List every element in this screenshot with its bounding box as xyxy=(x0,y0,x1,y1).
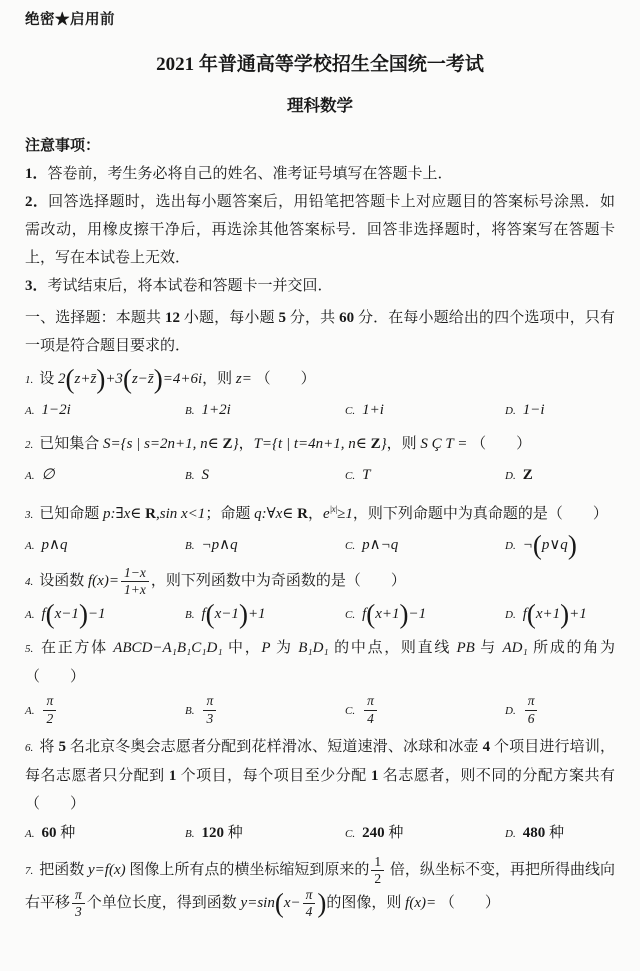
option-text: ¬(p∨q) xyxy=(523,537,577,553)
option-text: ¬p∧q xyxy=(201,537,237,553)
question-number: 1. xyxy=(25,374,33,386)
option: C.1+i xyxy=(345,397,505,424)
question-3: 3.已知命题 p:∃x∈ R,sin x<1；命题 q:∀x∈ R，e|x|≥1… xyxy=(25,495,615,559)
text-run: （ ） xyxy=(436,895,500,911)
fraction: π6 xyxy=(525,693,538,726)
text-run: 分，共 xyxy=(286,310,339,326)
text-run: 图像上所有点的横坐标缩短到原来的 xyxy=(126,862,370,878)
text-run: P xyxy=(261,640,270,656)
question-text: 将 5 名北京冬奥会志愿者分配到花样滑冰、短道速滑、冰球和冰壶 4 个项目进行培… xyxy=(25,739,615,812)
question-text: 已知集合 S={s | s=2n+1, n∈ Z}，T={t | t=4n+1,… xyxy=(39,436,531,452)
text-run: S Ç T = xyxy=(420,436,471,452)
text-run: 答卷前，考生务必将自己的姓名、准考证号填写在答题卡上． xyxy=(48,166,453,182)
option-text: 60 种 xyxy=(41,825,75,841)
question-6: 6.将 5 名北京冬奥会志愿者分配到花样滑冰、短道速滑、冰球和冰壶 4 个项目进… xyxy=(25,733,615,848)
text-run: 1−2i xyxy=(41,402,70,418)
option: D.f(x+1)+1 xyxy=(505,601,615,628)
text-run: z+z̄ xyxy=(75,371,97,387)
text-run: 名北京冬奥会志愿者分配到花样滑冰、短道速滑、冰球和冰壶 xyxy=(66,739,483,755)
text-run: 一、选择题：本题共 xyxy=(25,310,165,326)
question-1-stem: 1.设 2(z+z̄)+3(z−z̄)=4+6i，则 z= （ ） xyxy=(25,365,615,394)
text-run: ( xyxy=(123,364,132,394)
text-run: +3 xyxy=(105,371,123,387)
options-row: A.p∧qB.¬p∧qC.p∧¬qD.¬(p∨q) xyxy=(25,531,615,559)
option-text: 1+2i xyxy=(201,402,230,418)
option: D.¬(p∨q) xyxy=(505,531,615,558)
notice-item-1: 1．答卷前，考生务必将自己的姓名、准考证号填写在答题卡上． xyxy=(25,160,615,188)
option-label: D. xyxy=(505,609,516,621)
option-label: D. xyxy=(505,540,516,552)
text-run: ∅ xyxy=(41,467,54,483)
option: B.S xyxy=(185,462,345,489)
text-run: 小题，每小题 xyxy=(180,310,279,326)
question-5-stem: 5.在正方体 ABCD−A₁B₁C₁D₁ 中，P 为 B₁D₁ 的中点，则直线 … xyxy=(25,634,615,691)
option: C.p∧¬q xyxy=(345,532,505,559)
text-run: 考试结束后，将本试卷和答题卡一并交回． xyxy=(48,278,333,294)
text-run: 1 xyxy=(371,768,379,784)
text-run: Z xyxy=(223,436,233,452)
text-run: R xyxy=(297,506,308,522)
text-run: ) xyxy=(154,364,163,394)
option: D.480 种 xyxy=(505,820,615,847)
text-run: 将 xyxy=(39,739,58,755)
option-label: B. xyxy=(185,405,194,417)
text-run: R xyxy=(145,506,156,522)
text-run: y=f(x) xyxy=(88,862,126,878)
text-run: ，则下列命题中为真命题的是（ ） xyxy=(353,506,608,522)
text-run: ABCD−A₁B₁C₁D₁ xyxy=(113,640,222,656)
question-number: 6. xyxy=(25,742,33,754)
text-run: =4+6i xyxy=(163,371,202,387)
option-label: D. xyxy=(505,705,516,717)
option-text: π4 xyxy=(362,702,379,718)
option-text: p∧¬q xyxy=(362,537,398,553)
text-run: e xyxy=(323,506,330,522)
option-label: A. xyxy=(25,705,34,717)
option-text: 240 种 xyxy=(362,825,403,841)
text-run: T={t | t=4n+1, n∈ xyxy=(254,436,371,452)
text-run: ( xyxy=(275,888,284,918)
text-run: z= xyxy=(236,371,252,387)
text-run: 12 xyxy=(165,310,180,326)
section-heading: 一、选择题：本题共 12 小题，每小题 5 分，共 60 分．在每小题给出的四个… xyxy=(25,304,615,360)
option: D.1−i xyxy=(505,397,615,424)
fraction: π4 xyxy=(303,887,316,920)
text-run: ( xyxy=(366,599,375,629)
text-run: （ ） xyxy=(471,436,531,452)
text-run: ，则 xyxy=(202,371,236,387)
option-text: Z xyxy=(523,467,533,483)
text-run: ) xyxy=(96,364,105,394)
option: B.120 种 xyxy=(185,820,345,847)
text-run: ) xyxy=(79,599,88,629)
option: B.¬p∧q xyxy=(185,532,345,559)
text-run: 的图像，则 xyxy=(326,895,405,911)
text-run: 120 xyxy=(201,825,227,841)
options-row: A.∅B.SC.TD.Z xyxy=(25,461,615,489)
fraction: 1−x1+x xyxy=(121,565,149,598)
text-run: f(x)= xyxy=(405,895,436,911)
text-run: 60 xyxy=(41,825,60,841)
text-run: −1 xyxy=(409,606,427,622)
text-run: 与 xyxy=(475,640,503,656)
text-run: +1 xyxy=(248,606,266,622)
options-row: A.60 种B.120 种C.240 种D.480 种 xyxy=(25,820,615,848)
text-run: ( xyxy=(66,364,75,394)
option-label: D. xyxy=(505,470,516,482)
text-run: 回答选择题时，选出每小题答案后，用铅笔把答题卡上对应题目的答案标号涂黑．如需改动… xyxy=(25,194,615,266)
text-run: 2 xyxy=(58,371,66,387)
text-run: q:∀x∈ xyxy=(254,506,297,522)
notice-heading: 注意事项： xyxy=(25,133,615,160)
question-1: 1.设 2(z+z̄)+3(z−z̄)=4+6i，则 z= （ ） A.1−2i… xyxy=(25,365,615,424)
text-run: ( xyxy=(206,599,215,629)
option: A.60 种 xyxy=(25,820,185,847)
text-run: p∨q xyxy=(542,537,568,553)
text-run: ，则 xyxy=(387,436,421,452)
text-run: 个单位长度，得到函数 xyxy=(87,895,241,911)
option-label: A. xyxy=(25,540,34,552)
options-row: A.π2B.π3C.π4D.π6 xyxy=(25,693,615,726)
option-label: B. xyxy=(185,470,194,482)
text-run: ≥1 xyxy=(337,506,353,522)
option-label: C. xyxy=(345,540,355,552)
option-label: C. xyxy=(345,705,355,717)
text-run: ( xyxy=(527,599,536,629)
question-text: 把函数 y=f(x) 图像上所有点的横坐标缩短到原来的12 倍，纵坐标不变，再把… xyxy=(25,862,615,911)
question-text: 设 2(z+z̄)+3(z−z̄)=4+6i，则 z= （ ） xyxy=(39,371,315,387)
option-label: C. xyxy=(345,405,355,417)
text-run: ( xyxy=(46,599,55,629)
question-2: 2.已知集合 S={s | s=2n+1, n∈ Z}，T={t | t=4n+… xyxy=(25,430,615,489)
option-label: B. xyxy=(185,828,194,840)
text-run: S xyxy=(201,467,209,483)
text-run: 1+2i xyxy=(201,402,230,418)
question-number: 2. xyxy=(25,439,33,451)
notice-item-2: 2．回答选择题时，选出每小题答案后，用铅笔把答题卡上对应题目的答案标号涂黑．如需… xyxy=(25,188,615,272)
option-label: A. xyxy=(25,470,34,482)
option: C.T xyxy=(345,462,505,489)
text-run: p∧¬q xyxy=(362,537,398,553)
option: C.240 种 xyxy=(345,820,505,847)
text-run: 2． xyxy=(25,194,48,210)
option-text: f(x+1)−1 xyxy=(362,606,426,622)
option-text: T xyxy=(362,467,370,483)
fraction: π4 xyxy=(364,693,377,726)
exam-title: 2021 年普通高等学校招生全国统一考试 xyxy=(25,49,615,76)
option-label: C. xyxy=(345,828,355,840)
text-run: z−z̄ xyxy=(132,371,154,387)
option-label: C. xyxy=(345,609,355,621)
text-run: x−1 xyxy=(215,606,239,622)
text-run: ) xyxy=(568,529,577,559)
text-run: 4 xyxy=(483,739,491,755)
option-label: D. xyxy=(505,405,516,417)
text-run: 已知命题 xyxy=(39,506,103,522)
text-run: ( xyxy=(533,529,542,559)
question-2-stem: 2.已知集合 S={s | s=2n+1, n∈ Z}，T={t | t=4n+… xyxy=(25,430,615,459)
fraction: π2 xyxy=(43,693,56,726)
text-run: ；命题 xyxy=(205,506,254,522)
question-text: 已知命题 p:∃x∈ R,sin x<1；命题 q:∀x∈ R，e|x|≥1，则… xyxy=(39,506,608,522)
text-run: |x| xyxy=(330,504,337,514)
option: B.f(x−1)+1 xyxy=(185,601,345,628)
text-run: ) xyxy=(400,599,409,629)
option-label: A. xyxy=(25,405,34,417)
text-run: 为 xyxy=(271,640,299,656)
text-run: AD₁ xyxy=(502,640,527,656)
text-run: 5 xyxy=(58,739,66,755)
question-number: 3. xyxy=(25,509,33,521)
option: D.Z xyxy=(505,462,615,489)
option-label: A. xyxy=(25,609,34,621)
option-text: 1−2i xyxy=(41,402,70,418)
option-label: D. xyxy=(505,828,516,840)
notice-item-3: 3．考试结束后，将本试卷和答题卡一并交回． xyxy=(25,272,615,300)
text-run: 种 xyxy=(388,825,403,841)
text-run: 5 xyxy=(279,310,287,326)
exam-paper: 绝密★启用前 2021 年普通高等学校招生全国统一考试 理科数学 注意事项： 1… xyxy=(0,0,640,921)
text-run: x+1 xyxy=(375,606,399,622)
text-run: 中， xyxy=(223,640,262,656)
text-run: 3． xyxy=(25,278,48,294)
text-run: x+1 xyxy=(536,606,560,622)
option-text: 1+i xyxy=(362,402,384,418)
text-run: 1． xyxy=(25,166,48,182)
text-run: ， xyxy=(239,436,254,452)
text-run: PB xyxy=(457,640,475,656)
text-run: 种 xyxy=(549,825,564,841)
question-number: 7. xyxy=(25,865,33,877)
security-classification: 绝密★启用前 xyxy=(25,8,615,29)
text-run: （ ） xyxy=(252,371,316,387)
question-4: 4.设函数 f(x)=1−x1+x，则下列函数中为奇函数的是（ ） A.f(x−… xyxy=(25,565,615,628)
text-run: p∧q xyxy=(41,537,67,553)
text-run: 240 xyxy=(362,825,388,841)
option: A.1−2i xyxy=(25,397,185,424)
option-label: B. xyxy=(185,609,194,621)
option: A.p∧q xyxy=(25,532,185,559)
text-run: −1 xyxy=(88,606,106,622)
option-label: B. xyxy=(185,540,194,552)
text-run: ¬ xyxy=(523,537,533,553)
text-run: 种 xyxy=(228,825,243,841)
text-run: ，则下列函数中为奇函数的是（ ） xyxy=(151,573,406,589)
fraction: 12 xyxy=(371,854,384,887)
text-run: ) xyxy=(239,599,248,629)
question-number: 4. xyxy=(25,576,33,588)
text-run: Z xyxy=(371,436,381,452)
text-run: ,sin x<1 xyxy=(156,506,205,522)
text-run: 1+i xyxy=(362,402,384,418)
text-run: x− xyxy=(284,895,301,911)
question-text: 设函数 f(x)=1−x1+x，则下列函数中为奇函数的是（ ） xyxy=(39,573,406,589)
text-run: 480 xyxy=(523,825,549,841)
option-text: 120 种 xyxy=(201,825,242,841)
option-text: f(x−1)+1 xyxy=(201,606,265,622)
text-run: 在正方体 xyxy=(39,640,113,656)
question-7-stem: 7.把函数 y=f(x) 图像上所有点的横坐标缩短到原来的12 倍，纵坐标不变，… xyxy=(25,854,615,921)
options-row: A.f(x−1)−1B.f(x−1)+1C.f(x+1)−1D.f(x+1)+1 xyxy=(25,600,615,628)
option: A.π2 xyxy=(25,693,185,726)
question-number: 5. xyxy=(25,643,33,655)
text-run: 1−i xyxy=(523,402,545,418)
text-run: T xyxy=(362,467,370,483)
question-5: 5.在正方体 ABCD−A₁B₁C₁D₁ 中，P 为 B₁D₁ 的中点，则直线 … xyxy=(25,634,615,726)
option: C.f(x+1)−1 xyxy=(345,601,505,628)
text-run: 设函数 xyxy=(39,573,88,589)
text-run: B₁D₁ xyxy=(298,640,328,656)
text-run: 个项目，每个项目至少分配 xyxy=(176,768,371,784)
option-text: π6 xyxy=(523,702,540,718)
text-run: 设 xyxy=(39,371,58,387)
option-label: B. xyxy=(185,705,194,717)
option-text: π2 xyxy=(41,702,58,718)
fraction: π3 xyxy=(72,887,85,920)
option-text: S xyxy=(201,467,209,483)
text-run: ) xyxy=(560,599,569,629)
question-4-stem: 4.设函数 f(x)=1−x1+x，则下列函数中为奇函数的是（ ） xyxy=(25,565,615,598)
exam-subject: 理科数学 xyxy=(25,92,615,116)
option-text: p∧q xyxy=(41,537,67,553)
option-text: π3 xyxy=(201,702,218,718)
text-run: f(x)= xyxy=(88,573,119,589)
text-run: +1 xyxy=(569,606,587,622)
text-run: y=sin xyxy=(241,895,275,911)
question-7: 7.把函数 y=f(x) 图像上所有点的横坐标缩短到原来的12 倍，纵坐标不变，… xyxy=(25,854,615,921)
option-label: C. xyxy=(345,470,355,482)
text-run: 把函数 xyxy=(39,862,88,878)
option: D.π6 xyxy=(505,693,615,726)
option-text: f(x+1)+1 xyxy=(523,606,587,622)
option-text: 1−i xyxy=(523,402,545,418)
option: B.1+2i xyxy=(185,397,345,424)
options-row: A.1−2iB.1+2iC.1+iD.1−i xyxy=(25,396,615,424)
option: A.f(x−1)−1 xyxy=(25,601,185,628)
text-run: ¬p∧q xyxy=(201,537,237,553)
fraction: π3 xyxy=(203,693,216,726)
text-run: ， xyxy=(308,506,323,522)
question-3-stem: 3.已知命题 p:∃x∈ R,sin x<1；命题 q:∀x∈ R，e|x|≥1… xyxy=(25,495,615,529)
text-run: S={s | s=2n+1, n∈ xyxy=(103,436,223,452)
option-text: 480 种 xyxy=(523,825,564,841)
question-text: 在正方体 ABCD−A₁B₁C₁D₁ 中，P 为 B₁D₁ 的中点，则直线 PB… xyxy=(25,640,615,685)
option: C.π4 xyxy=(345,693,505,726)
text-run: p:∃x∈ xyxy=(103,506,145,522)
option-text: ∅ xyxy=(41,467,54,483)
text-run: x−1 xyxy=(55,606,79,622)
option-text: f(x−1)−1 xyxy=(41,606,105,622)
text-run: 的中点，则直线 xyxy=(329,640,457,656)
text-run: 种 xyxy=(60,825,75,841)
option: B.π3 xyxy=(185,693,345,726)
question-6-stem: 6.将 5 名北京冬奥会志愿者分配到花样滑冰、短道速滑、冰球和冰壶 4 个项目进… xyxy=(25,733,615,818)
option: A.∅ xyxy=(25,462,185,489)
option-label: A. xyxy=(25,828,34,840)
text-run: 已知集合 xyxy=(39,436,103,452)
text-run: Z xyxy=(523,467,533,483)
text-run: 60 xyxy=(339,310,354,326)
